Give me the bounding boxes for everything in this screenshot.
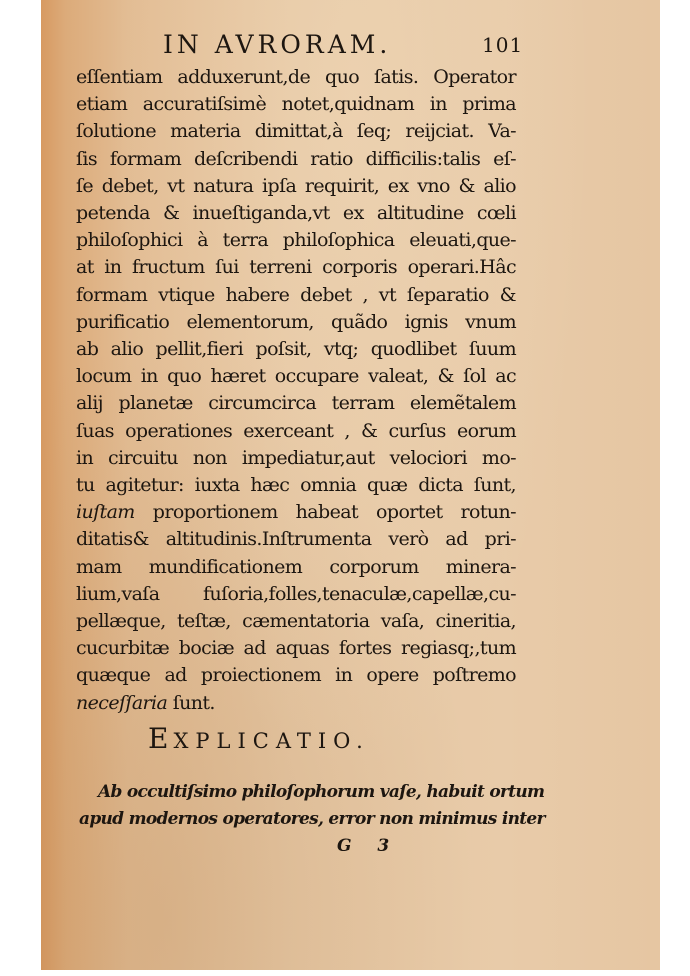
text-line: ſolutione materia dimittat,à ſeq; reijci… [76,118,516,145]
text-line: purificatio elementorum, quãdo ignis vnu… [76,309,516,336]
text-line: ſe debet, vt natura ipſa requirit, ex vn… [76,173,516,200]
text-line: in circuitu non impediatur,aut velociori… [76,445,516,472]
book-page: IN AVRORAM. 101 eſſentiam adduxerunt,de … [41,0,660,970]
text-line: ditatis& altitudinis.Inſtrumenta verò ad… [76,526,516,553]
text-line: petenda & inueſtiganda,vt ex altitudine … [76,200,516,227]
commentary-text: Ab occultiſsimo philoſophorum vaſe, habu… [79,779,517,833]
italic-word: neceſſaria [76,692,173,714]
running-head: IN AVRORAM. [163,30,391,59]
main-text: eſſentiam adduxerunt,de quo ſatis. Opera… [76,64,516,717]
text-line: cucurbitæ bociæ ad aquas fortes regiasq;… [76,635,516,662]
signature-mark: G 3 [337,836,399,856]
text-line: philoſophici à terra philoſophica eleuat… [76,227,516,254]
text-line: iuſtam proportionem habeat oportet rotun… [76,499,516,526]
text-line: mam mundificationem corporum minera- [76,554,516,581]
text-line: lium,vaſa fuſoria,folles,tenaculæ,capell… [76,581,516,608]
text-line: alij planetæ circumcirca terram elemẽtal… [76,390,516,417]
text-line: at in fructum ſui terreni corporis opera… [76,254,516,281]
heading-initial: E [148,722,173,755]
text-line: formam vtique habere debet , vt ſeparati… [76,282,516,309]
page-number: 101 [482,33,523,57]
text-line: ſuas operationes exerceant , & curſus eo… [76,418,516,445]
text-line: eſſentiam adduxerunt,de quo ſatis. Opera… [76,64,516,91]
text-line: quæque ad proiectionem in opere poſtremo [76,662,516,689]
text-line: apud modernos operatores, error non mini… [79,806,517,833]
text-span: ſunt. [173,692,215,714]
italic-word: iuſtam [76,501,153,523]
text-line: etiam accuratiſsimè notet,quidnam in pri… [76,91,516,118]
text-line: neceſſaria ſunt. [76,690,516,717]
text-line: ab alio pellit,fieri poſsit, vtq; quodli… [76,336,516,363]
text-line: Ab occultiſsimo philoſophorum vaſe, habu… [79,779,517,806]
text-span: proportionem habeat oportet rotun- [153,501,516,523]
section-heading: EXPLICATIO. [148,722,370,755]
heading-rest: XPLICATIO. [173,729,369,753]
text-line: locum in quo hæret occupare valeat, & ſo… [76,363,516,390]
text-line: ſis formam deſcribendi ratio difficilis:… [76,146,516,173]
text-line: tu agitetur: iuxta hæc omnia quæ dicta ſ… [76,472,516,499]
text-line: pellæque, teſtæ, cæmentatoria vaſa, cine… [76,608,516,635]
